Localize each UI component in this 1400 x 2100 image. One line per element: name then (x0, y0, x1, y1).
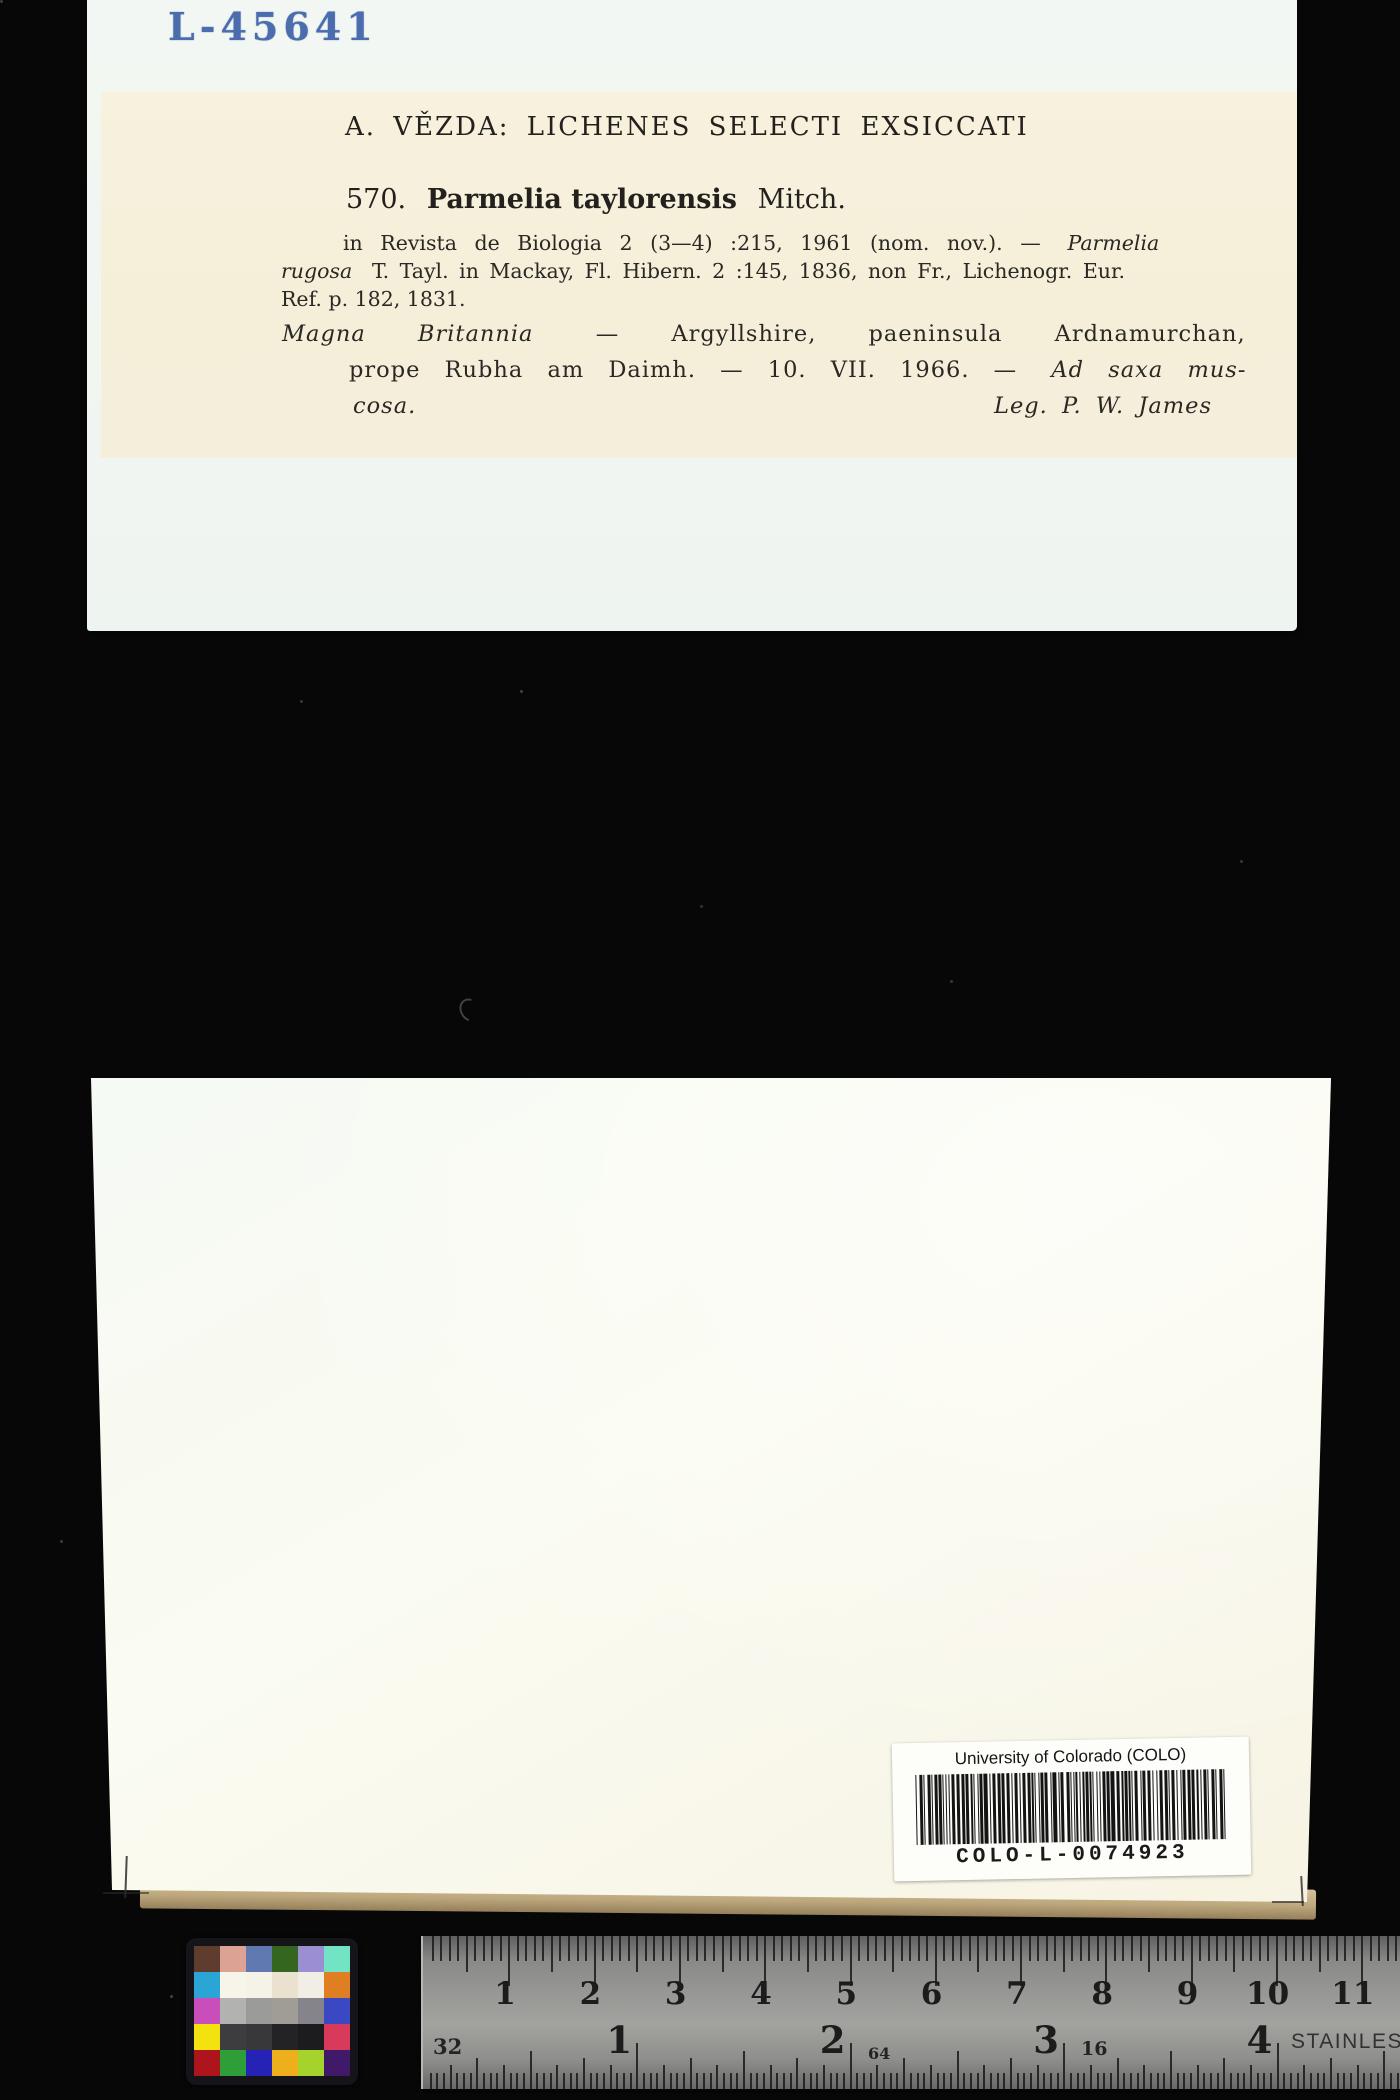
locality-line-1: Magna Britannia — Argyllshire, paeninsul… (282, 316, 1212, 352)
color-swatch-r1c3 (246, 1946, 272, 1972)
ruler-bottom-tick (1030, 2073, 1032, 2089)
citation-line-1-text: in Revista de Biologia 2 (3—4) :215, 196… (343, 231, 1041, 255)
ruler-bottom-tick (616, 2073, 618, 2089)
ruler-top-tick (952, 1936, 954, 1961)
pencil-mark-corner-bar (1272, 1901, 1304, 1903)
ruler-top-number-10: 10 (1246, 1976, 1289, 2012)
ruler-top-tick (662, 1936, 664, 1961)
dust-specks (0, 0, 3, 3)
ruler-top-tick (1140, 1936, 1142, 1961)
ruler-bottom-tick (896, 2073, 898, 2089)
ruler-bottom-tick (1063, 2043, 1065, 2089)
ruler-bottom-tick (1343, 2073, 1345, 2089)
ruler-bottom-tick (670, 2073, 672, 2089)
ruler-top-number-6: 6 (921, 1976, 943, 2012)
ruler-bottom-tick (1170, 2051, 1172, 2089)
ruler-bottom-tick (937, 2073, 939, 2089)
color-swatch-r1c1 (194, 1946, 220, 1972)
ruler-bottom-tick (1283, 2073, 1285, 2089)
ruler-bottom-tick (603, 2073, 605, 2089)
ruler-bottom-tick (723, 2073, 725, 2089)
ruler-top-tick (670, 1936, 672, 1961)
ruler-top-tick (781, 1936, 783, 1961)
ruler-bottom-tick (590, 2073, 592, 2089)
ruler-bottom-tick (596, 2073, 598, 2089)
ruler-top-tick (619, 1936, 621, 1961)
ruler-bottom-tick (1257, 2073, 1259, 2089)
ruler-bottom-tick (1250, 2065, 1252, 2089)
ruler-bottom-tick (803, 2073, 805, 2089)
ruler-bottom-tick (1097, 2073, 1099, 2089)
ruler-top-tick (1029, 1936, 1031, 1961)
color-swatch-r1c6 (324, 1946, 350, 1972)
ruler-top-number-9: 9 (1177, 1976, 1199, 2012)
ruler-bottom-tick (530, 2051, 532, 2089)
ruler-bottom-tick (443, 2073, 445, 2089)
ruler-top-tick (790, 1936, 792, 1961)
locality-line-3-text: cosa. (353, 388, 416, 424)
ruler-bottom-tick (550, 2073, 552, 2089)
ruler-bottom-tick (430, 2073, 432, 2089)
color-swatch-r4c1 (194, 2024, 220, 2050)
ruler-top-tick (653, 1936, 655, 1961)
ruler-bottom-tick (1043, 2073, 1045, 2089)
ruler-top-tick (525, 1936, 527, 1961)
ruler-top-tick (1293, 1936, 1295, 1961)
ruler-top-tick (901, 1936, 903, 1961)
ruler-bottom-tick (510, 2073, 512, 2089)
locality-country: Magna Britannia (282, 321, 533, 347)
citation-line-3: Ref. p. 182, 1831. (281, 285, 1215, 313)
ruler-bottom-number-4: 4 (1247, 2018, 1273, 2062)
ruler-top-tick (1302, 1936, 1304, 1961)
ruler-bottom-tick (436, 2073, 438, 2089)
color-swatch-r3c2 (220, 1998, 246, 2024)
ruler-top-tick (602, 1936, 604, 1961)
ruler-bottom-tick (1370, 2073, 1372, 2089)
ruler-top-tick (577, 1936, 579, 1961)
ruler-bottom-tick (1197, 2065, 1199, 2089)
ruler-bottom-tick (1383, 2051, 1385, 2089)
ruler-bottom-tick (1130, 2073, 1132, 2089)
ruler-bottom-tick (1050, 2073, 1052, 2089)
ruler-bottom-number-2: 2 (820, 2018, 846, 2062)
ruler-bottom-tick (1217, 2073, 1219, 2089)
ruler-top-tick (687, 1936, 689, 1961)
ruler-bottom-tick (1123, 2073, 1125, 2089)
ruler-top-tick (1344, 1936, 1346, 1961)
ruler-top-tick (739, 1936, 741, 1961)
ruler-bottom-tick (556, 2065, 558, 2089)
ruler-bottom-tick (1270, 2073, 1272, 2089)
ruler-bottom-tick (977, 2073, 979, 2089)
ruler-top-number-8: 8 (1091, 1976, 1113, 2012)
ruler-bottom-number-3: 3 (1033, 2018, 1059, 2062)
ruler-bottom-tick (656, 2073, 658, 2089)
ruler-bottom-tick (1117, 2058, 1119, 2089)
ruler-top-number-11: 11 (1331, 1976, 1374, 2012)
ruler-bottom-tick (470, 2073, 472, 2089)
ruler-top-tick (585, 1936, 587, 1961)
ruler-top-tick (1071, 1936, 1073, 1961)
ruler-top-number-1: 1 (494, 1976, 516, 2012)
ruler-bottom-tick (1263, 2073, 1265, 2089)
citation-line-2-text: T. Tayl. in Mackay, Fl. Hibern. 2 :145, … (372, 259, 1125, 283)
locality-line-2-italic: Ad saxa mus- (1051, 357, 1246, 383)
ruler-top-tick (773, 1936, 775, 1961)
ruler-bottom-tick (1323, 2073, 1325, 2089)
citation-line-1: in Revista de Biologia 2 (3—4) :215, 196… (281, 229, 1215, 257)
citation-paragraph: in Revista de Biologia 2 (3—4) :215, 196… (281, 229, 1215, 313)
color-swatch-r4c4 (272, 2024, 298, 2050)
ruler-bottom-tick (690, 2058, 692, 2089)
ruler-top-tick (1114, 1936, 1116, 1961)
ruler-bottom-tick (810, 2073, 812, 2089)
ruler-bottom-tick (790, 2073, 792, 2089)
ruler-top-number-4: 4 (750, 1976, 772, 2012)
ruler-top-tick (542, 1936, 544, 1961)
ruler-brand-text: STAINLESS STE (1291, 2030, 1400, 2054)
species-name: Parmelia taylorensis (427, 184, 737, 215)
ruler-bottom-tick (1163, 2073, 1165, 2089)
ruler-bottom-tick (1003, 2073, 1005, 2089)
ruler-bottom-tick (650, 2073, 652, 2089)
ruler-top-tick (892, 1936, 894, 1972)
color-swatch-r1c5 (298, 1946, 324, 1972)
ruler-top-tick (1387, 1936, 1389, 1961)
ruler: 1234567891011 1234 32 64 16 STAINLESS ST… (421, 1936, 1400, 2089)
ruler-bottom-tick (1110, 2073, 1112, 2089)
ruler-bottom-tick (456, 2073, 458, 2089)
color-swatch-r4c3 (246, 2024, 272, 2050)
ruler-bottom-tick (950, 2073, 952, 2089)
ruler-top-tick (500, 1936, 502, 1961)
ruler-bottom-tick (563, 2073, 565, 2089)
ruler-top-number-5: 5 (836, 1976, 858, 2012)
ruler-top-tick (1310, 1936, 1312, 1961)
fraction-label-32: 32 (433, 2034, 462, 2059)
ruler-bottom-tick (783, 2073, 785, 2089)
ruler-bottom-tick (490, 2073, 492, 2089)
ruler-bottom-tick (1297, 2073, 1299, 2089)
ruler-top-tick (1088, 1936, 1090, 1961)
ruler-bottom-tick (1223, 2058, 1225, 2089)
ruler-bottom-tick (990, 2073, 992, 2089)
ruler-top-tick (807, 1936, 809, 1972)
ruler-bottom-tick (1010, 2058, 1012, 2089)
ruler-top-tick (858, 1936, 860, 1961)
ruler-bottom-tick (923, 2073, 925, 2089)
ruler-bottom-tick (716, 2065, 718, 2089)
ruler-top-tick (645, 1936, 647, 1961)
ruler-top-tick (995, 1936, 997, 1961)
ruler-bottom-tick (890, 2073, 892, 2089)
ruler-bottom-tick (1203, 2073, 1205, 2089)
ruler-top-tick (611, 1936, 613, 1961)
fraction-label-64: 64 (868, 2044, 890, 2063)
ruler-bottom-tick (1290, 2073, 1292, 2089)
ruler-top-tick (517, 1936, 519, 1961)
ruler-bottom-tick (970, 2073, 972, 2089)
pencil-mark-cross-bar (103, 1892, 149, 1894)
color-swatch-r2c6 (324, 1972, 350, 1998)
ruler-top-tick (1148, 1936, 1150, 1972)
accession-stamp: L-45641 (168, 4, 378, 49)
ruler-bottom-tick (1210, 2073, 1212, 2089)
color-swatch-r3c4 (272, 1998, 298, 2024)
color-swatch-r3c1 (194, 1998, 220, 2024)
ruler-top-tick (832, 1936, 834, 1961)
ruler-bottom-tick (1090, 2065, 1092, 2089)
ruler-bottom-tick (663, 2065, 665, 2089)
color-swatch-r5c6 (324, 2050, 350, 2076)
color-swatch-r2c3 (246, 1972, 272, 1998)
species-author: Mitch. (758, 184, 846, 215)
ruler-bottom-tick (1057, 2073, 1059, 2089)
ruler-bottom-tick (610, 2065, 612, 2089)
locality-paragraph: Magna Britannia — Argyllshire, paeninsul… (282, 316, 1212, 424)
ruler-top-tick (1097, 1936, 1099, 1961)
ruler-bottom-tick (730, 2073, 732, 2089)
ruler-top-tick (730, 1936, 732, 1961)
ruler-bottom-tick (676, 2073, 678, 2089)
ruler-bottom-tick (1070, 2073, 1072, 2089)
ruler-top-tick (960, 1936, 962, 1961)
ruler-top-tick (969, 1936, 971, 1961)
ruler-top-tick (977, 1936, 979, 1972)
ruler-bottom-tick (1243, 2073, 1245, 2089)
fiber-mark (455, 995, 484, 1026)
ruler-top-tick (1285, 1936, 1287, 1961)
color-swatch-r5c1 (194, 2050, 220, 2076)
ruler-top-tick (432, 1936, 434, 1961)
ruler-top-tick (1370, 1936, 1372, 1961)
ruler-top-tick (1063, 1936, 1065, 1972)
ruler-bottom-tick (1357, 2065, 1359, 2089)
ruler-top-tick (628, 1936, 630, 1961)
locality-line-3: cosa. Leg. P. W. James (282, 388, 1212, 424)
color-swatch-r5c2 (220, 2050, 246, 2076)
ruler-top-tick (756, 1936, 758, 1961)
ruler-top-tick (1165, 1936, 1167, 1961)
ruler-bottom-number-1: 1 (606, 2018, 632, 2062)
ruler-top-tick (918, 1936, 920, 1961)
fraction-label-16: 16 (1081, 2038, 1107, 2060)
ruler-bottom-tick (450, 2065, 452, 2089)
ruler-top-tick (1233, 1936, 1235, 1972)
color-swatch-r3c3 (246, 1998, 272, 2024)
ruler-top-tick (1267, 1936, 1269, 1961)
ruler-top-tick (875, 1936, 877, 1961)
ruler-top-tick (1242, 1936, 1244, 1961)
ruler-bottom-tick (1137, 2073, 1139, 2089)
color-swatch-r2c4 (272, 1972, 298, 1998)
ruler-top-tick (1208, 1936, 1210, 1961)
ruler-bottom-tick (943, 2073, 945, 2089)
ruler-top-tick (1319, 1936, 1321, 1972)
ruler-bottom-tick (1103, 2073, 1105, 2089)
ruler-top-tick (1122, 1936, 1124, 1961)
barcode-space (1224, 1769, 1227, 1839)
ruler-bottom-tick (1157, 2073, 1159, 2089)
ruler-top-tick (986, 1936, 988, 1961)
ruler-top-number-3: 3 (665, 1976, 687, 2012)
ruler-top-tick (1225, 1936, 1227, 1961)
ruler-bottom-tick (957, 2051, 959, 2089)
ruler-bottom-tick (1277, 2043, 1279, 2089)
ruler-bottom-tick (583, 2058, 585, 2089)
color-swatch-r1c2 (220, 1946, 246, 1972)
ruler-bottom-tick (683, 2073, 685, 2089)
ruler-bottom-tick (983, 2065, 985, 2089)
ruler-top-tick (713, 1936, 715, 1961)
citation-line-1-italic: Parmelia (1067, 231, 1159, 255)
ruler-top-tick (636, 1936, 638, 1972)
collector-credit: Leg. P. W. James (994, 388, 1212, 424)
ruler-top-number-2: 2 (580, 1976, 602, 2012)
ruler-bottom-tick (736, 2073, 738, 2089)
ruler-bottom-tick (856, 2073, 858, 2089)
label-card: L-45641 A. VĚZDA: LICHENES SELECTI EXSIC… (87, 0, 1297, 631)
ruler-bottom-tick (1337, 2073, 1339, 2089)
ruler-bottom-tick (523, 2073, 525, 2089)
color-swatch-r4c6 (324, 2024, 350, 2050)
ruler-bottom-tick (1183, 2073, 1185, 2089)
ruler-bottom-tick (763, 2073, 765, 2089)
ruler-bottom-tick (1363, 2073, 1365, 2089)
ruler-bottom-tick (516, 2073, 518, 2089)
ruler-bottom-tick (850, 2043, 852, 2089)
ruler-top-tick (1378, 1936, 1380, 1961)
ruler-bottom-tick (756, 2073, 758, 2089)
ruler-bottom-tick (636, 2043, 638, 2089)
species-line: 570. Parmelia taylorensis Mitch. (346, 184, 846, 215)
citation-line-2-italic: rugosa (281, 259, 352, 283)
ruler-bottom-tick (770, 2065, 772, 2089)
barcode-text: COLO-L-0074923 (894, 1841, 1251, 1871)
color-swatch-r4c2 (220, 2024, 246, 2050)
ruler-bottom-tick (1390, 2073, 1392, 2089)
ruler-bottom-tick (1083, 2073, 1085, 2089)
ruler-bottom-tick (836, 2073, 838, 2089)
ruler-top-tick (1199, 1936, 1201, 1961)
locality-line-2: prope Rubha am Daimh. — 10. VII. 1966. —… (282, 352, 1212, 388)
locality-line-2-text: prope Rubha am Daimh. — 10. VII. 1966. — (349, 357, 1017, 383)
ruler-bottom-tick (1350, 2073, 1352, 2089)
ruler-top-tick (1080, 1936, 1082, 1961)
ruler-bottom-tick (1177, 2073, 1179, 2089)
color-swatch-r2c1 (194, 1972, 220, 1998)
ruler-bottom-tick (1077, 2073, 1079, 2089)
ruler-top-tick (1037, 1936, 1039, 1961)
ruler-bottom-tick (930, 2065, 932, 2089)
citation-line-3-text: Ref. p. 182, 1831. (281, 287, 465, 311)
ruler-bottom-tick (710, 2073, 712, 2089)
ruler-top-tick (841, 1936, 843, 1961)
ruler-bottom-tick (1377, 2073, 1379, 2089)
ruler-top-tick (559, 1936, 561, 1961)
ruler-top-tick (1182, 1936, 1184, 1961)
ruler-top-tick (1250, 1936, 1252, 1961)
ruler-bottom-tick (1017, 2073, 1019, 2089)
color-swatch-r1c4 (272, 1946, 298, 1972)
ruler-top-tick (1131, 1936, 1133, 1961)
ruler-bottom-tick (863, 2073, 865, 2089)
ruler-bottom-tick (963, 2073, 965, 2089)
ruler-top-tick (1012, 1936, 1014, 1961)
ruler-top-tick (704, 1936, 706, 1961)
ruler-top-tick (696, 1936, 698, 1961)
species-number: 570. (346, 184, 406, 215)
color-swatch-r5c5 (298, 2050, 324, 2076)
ruler-bottom-tick (823, 2065, 825, 2089)
ruler-bottom-tick (1303, 2065, 1305, 2089)
ruler-top-tick (466, 1936, 468, 1972)
ruler-top-tick (1336, 1936, 1338, 1961)
color-swatch-r3c6 (324, 1998, 350, 2024)
ruler-top-tick (926, 1936, 928, 1961)
ruler-bottom-tick (1190, 2073, 1192, 2089)
ruler-bottom-tick (903, 2058, 905, 2089)
color-swatch-r4c5 (298, 2024, 324, 2050)
ruler-top-tick (474, 1936, 476, 1961)
ruler-bottom-tick (476, 2058, 478, 2089)
ruler-top-tick (1259, 1936, 1261, 1961)
ruler-top-tick (551, 1936, 553, 1972)
ruler-bottom-tick (496, 2073, 498, 2089)
ruler-bottom-tick (703, 2073, 705, 2089)
ruler-bottom-tick (870, 2073, 872, 2089)
ruler-bottom-tick (743, 2051, 745, 2089)
ruler-bottom-tick (536, 2073, 538, 2089)
ruler-bottom-tick (1143, 2065, 1145, 2089)
ruler-bottom-tick (483, 2073, 485, 2089)
ruler-bottom-tick (463, 2073, 465, 2089)
ruler-top-tick (440, 1936, 442, 1961)
ruler-top-tick (1054, 1936, 1056, 1961)
ruler-bottom-tick (750, 2073, 752, 2089)
ruler-bottom-tick (876, 2065, 878, 2089)
color-swatch-r3c5 (298, 1998, 324, 2024)
ruler-top-tick (457, 1936, 459, 1961)
ruler-top-number-7: 7 (1006, 1976, 1028, 2012)
ruler-top-tick (1395, 1936, 1397, 1961)
color-swatch-r5c4 (272, 2050, 298, 2076)
ruler-top-tick (534, 1936, 536, 1961)
ruler-bottom-tick (917, 2073, 919, 2089)
ruler-bottom-tick (1330, 2058, 1332, 2089)
institution-text: University of Colorado (COLO) (892, 1744, 1249, 1771)
ruler-bottom-tick (910, 2073, 912, 2089)
color-swatch-r5c3 (246, 2050, 272, 2076)
ruler-bottom-tick (1317, 2073, 1319, 2089)
ruler-bottom-tick (776, 2073, 778, 2089)
ruler-top-tick (1353, 1936, 1355, 1961)
ruler-bottom-tick (1023, 2073, 1025, 2089)
ruler-bottom-tick (1397, 2073, 1399, 2089)
ruler-bottom-tick (503, 2065, 505, 2089)
ruler-bottom-tick (796, 2058, 798, 2089)
ruler-top-tick (943, 1936, 945, 1961)
citation-line-2: rugosa T. Tayl. in Mackay, Fl. Hibern. 2… (281, 257, 1215, 285)
ruler-bottom-tick (570, 2073, 572, 2089)
ruler-top-tick (483, 1936, 485, 1961)
ruler-top-tick (909, 1936, 911, 1961)
ruler-top-tick (491, 1936, 493, 1961)
ruler-top-tick (824, 1936, 826, 1961)
ruler-bottom-tick (883, 2073, 885, 2089)
color-swatch-r2c2 (220, 1972, 246, 1998)
